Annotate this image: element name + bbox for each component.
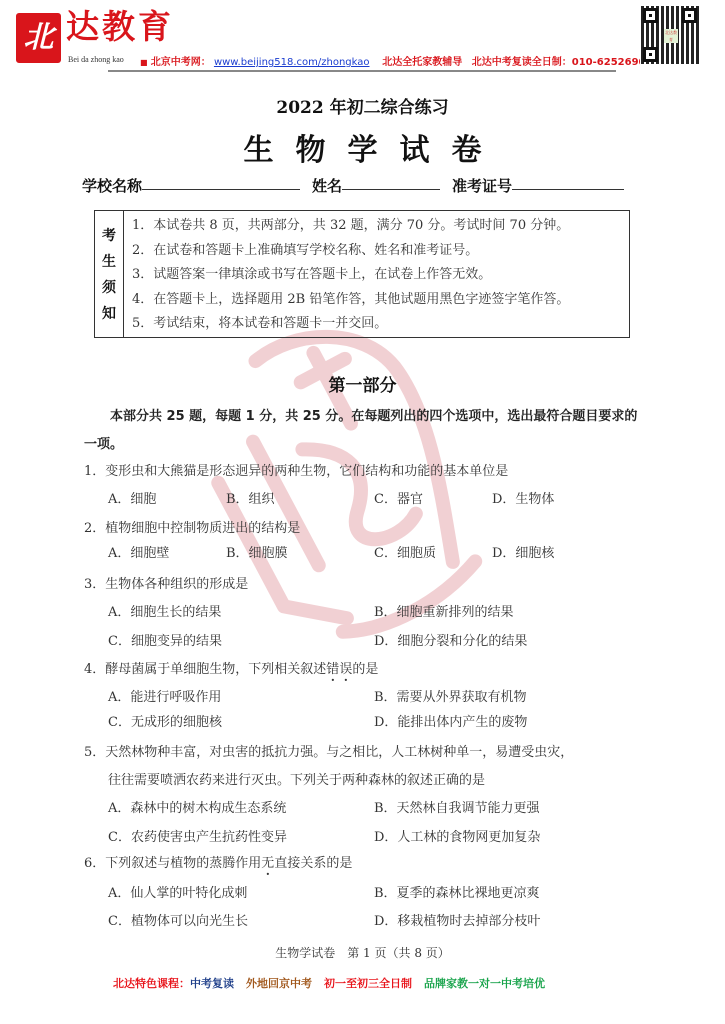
option-2d: D．细胞核 (492, 542, 554, 561)
page-number: 生物学试卷 第 1 页（共 8 页） (0, 944, 725, 961)
option-2c: C．细胞质 (374, 542, 436, 561)
name-label: 姓名 (312, 175, 342, 196)
logo-text: 达教育 (66, 10, 174, 43)
option-6b: B．夏季的森林比裸地更凉爽 (374, 882, 540, 901)
tagline-2: 北达中考复读全日制：010-62526900 (472, 57, 653, 68)
promo-label: 北达特色课程： (113, 977, 190, 990)
site-label: 北京中考网： (151, 57, 211, 68)
tagline-1: 北达全托家教辅导 (382, 57, 462, 68)
exam-number-field[interactable] (512, 175, 624, 190)
promo-item: 外地回京中考 (246, 977, 312, 990)
promo-bar: 北达特色课程：中考复读外地回京中考初一至初三全日制品牌家教一对一中考培优 (113, 975, 557, 991)
qr-corner (643, 8, 658, 23)
option-1b: B．组织 (226, 488, 275, 507)
logo-pinyin: Bei da zhong kao (68, 55, 124, 64)
option-6c: C．植物体可以向光生长 (108, 910, 248, 929)
option-1d: D．生物体 (492, 488, 554, 507)
notice-items: 1．本试卷共 8 页，共两部分，共 32 题，满分 70 分。考试时间 70 分… (124, 211, 569, 337)
notice-item: 4．在答题卡上，选择题用 2B 铅笔作答，其他试题用黑色字迹签字笔作答。 (132, 288, 569, 313)
question-3: 3．生物体各种组织的形成是 (84, 573, 248, 592)
promo-item: 初一至初三全日制 (324, 977, 412, 990)
qr-corner (643, 47, 658, 62)
option-3a: A．细胞生长的结果 (108, 601, 221, 620)
qr-center-logo: 北达教育 (664, 29, 678, 43)
question-5-line-2: 往往需要喷洒农药来进行灭虫。下列关于两种森林的叙述正确的是 (108, 769, 485, 788)
notice-item: 3．试题答案一律填涂或书写在答题卡上，在试卷上作答无效。 (132, 263, 569, 288)
emphasis-mark: 误 (339, 662, 352, 677)
qr-code-icon: 北达教育 (640, 5, 700, 65)
notice-item: 5．考试结束，将本试卷和答题卡一并交回。 (132, 312, 569, 337)
question-2: 2．植物细胞中控制物质进出的结构是 (84, 517, 300, 536)
option-3b: B．细胞重新排列的结果 (374, 601, 514, 620)
question-6: 6．下列叙述与植物的蒸腾作用无直接关系的是 (84, 852, 352, 871)
exam-number-label: 准考证号 (452, 175, 512, 196)
promo-item: 品牌家教一对一中考培优 (424, 977, 545, 990)
option-4c: C．无成形的细胞核 (108, 711, 222, 730)
option-6a: A．仙人掌的叶特化成刺 (108, 882, 247, 901)
option-5c: C．农药使害虫产生抗药性变异 (108, 826, 287, 845)
option-1c: C．器官 (374, 488, 423, 507)
option-2b: B．细胞膜 (226, 542, 288, 561)
header-links: ■ 北京中考网： www.beijing518.com/zhongkao 北达全… (140, 53, 652, 68)
emphasis-mark: 错 (326, 662, 339, 677)
question-5: 5．天然林物种丰富，对虫害的抵抗力强。与之相比，人工林树种单一，易遭受虫灾， (84, 741, 573, 760)
exam-subtitle: 2022 年初二综合练习 (0, 93, 725, 118)
emphasis-mark: 无 (261, 856, 274, 871)
option-3c: C．细胞变异的结果 (108, 630, 222, 649)
student-info-line: 学校名称 姓名 准考证号 (82, 175, 636, 196)
option-5d: D．人工林的食物网更加复杂 (374, 826, 540, 845)
exam-notice-box: 考 生 须 知 1．本试卷共 8 页，共两部分，共 32 题，满分 70 分。考… (94, 210, 630, 338)
name-field[interactable] (342, 175, 440, 190)
school-name-label: 学校名称 (82, 175, 142, 196)
question-4: 4．酵母菌属于单细胞生物，下列相关叙述错误的是 (84, 658, 378, 677)
promo-item: 中考复读 (190, 977, 234, 990)
notice-item: 2．在试卷和答题卡上准确填写学校名称、姓名和准考证号。 (132, 239, 569, 264)
option-4b: B．需要从外界获取有机物 (374, 686, 527, 705)
section-description: 本部分共 25 题，每题 1 分，共 25 分。在每题列出的四个选项中，选出最符… (84, 403, 644, 459)
header-divider (108, 70, 616, 72)
option-2a: A．细胞壁 (108, 542, 169, 561)
question-1: 1．变形虫和大熊猫是形态迥异的两种生物，它们结构和功能的基本单位是 (84, 460, 508, 479)
exam-title: 生物学试卷 (0, 125, 725, 169)
option-5a: A．森林中的树木构成生态系统 (108, 797, 286, 816)
section-title: 第一部分 (0, 371, 725, 396)
qr-corner (682, 8, 697, 23)
option-5b: B．天然林自我调节能力更强 (374, 797, 540, 816)
site-link[interactable]: www.beijing518.com/zhongkao (214, 57, 370, 68)
school-name-field[interactable] (142, 175, 300, 190)
notice-label: 考 生 须 知 (95, 211, 124, 337)
option-6d: D．移栽植物时去掉部分枝叶 (374, 910, 540, 929)
logo-mark: 北 (16, 13, 61, 63)
bullet-icon: ■ (140, 58, 148, 67)
option-1a: A．细胞 (108, 488, 156, 507)
option-4a: A．能进行呼吸作用 (108, 686, 221, 705)
notice-item: 1．本试卷共 8 页，共两部分，共 32 题，满分 70 分。考试时间 70 分… (132, 214, 569, 239)
option-4d: D．能排出体内产生的废物 (374, 711, 527, 730)
option-3d: D．细胞分裂和分化的结果 (374, 630, 527, 649)
